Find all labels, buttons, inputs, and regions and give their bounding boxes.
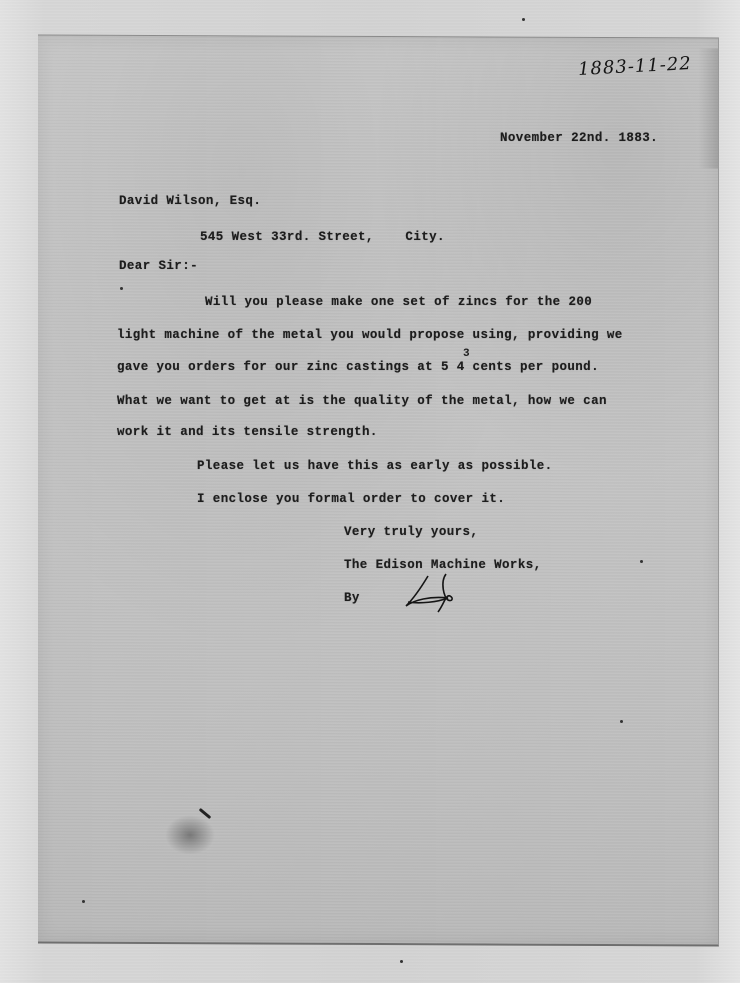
salutation: Dear Sir:- — [119, 259, 198, 273]
closing: Very truly yours, — [344, 525, 478, 539]
by-label: By — [344, 591, 360, 605]
body-line-2: light machine of the metal you would pro… — [117, 328, 623, 342]
speck — [640, 560, 643, 563]
body-line-7: I enclose you formal order to cover it. — [197, 492, 505, 506]
body-line-3: gave you orders for our zinc castings at… — [117, 360, 599, 374]
ink-smudge — [165, 815, 215, 855]
body-line-6: Please let us have this as early as poss… — [197, 459, 553, 473]
speck — [620, 720, 623, 723]
letter-page — [38, 35, 719, 947]
fraction-numerator: 3 — [463, 348, 470, 360]
speck — [400, 960, 403, 963]
signature-icon — [400, 572, 464, 616]
speck — [522, 18, 525, 21]
company-name: The Edison Machine Works, — [344, 558, 542, 572]
body-line-5: work it and its tensile strength. — [117, 425, 378, 439]
body-line-1: Will you please make one set of zincs fo… — [205, 295, 592, 309]
speck — [120, 287, 123, 290]
letter-date: November 22nd. 1883. — [500, 131, 658, 145]
speck — [82, 900, 85, 903]
recipient-name: David Wilson, Esq. — [119, 194, 261, 208]
body-line-4: What we want to get at is the quality of… — [117, 394, 607, 408]
recipient-address: 545 West 33rd. Street, City. — [200, 230, 445, 244]
